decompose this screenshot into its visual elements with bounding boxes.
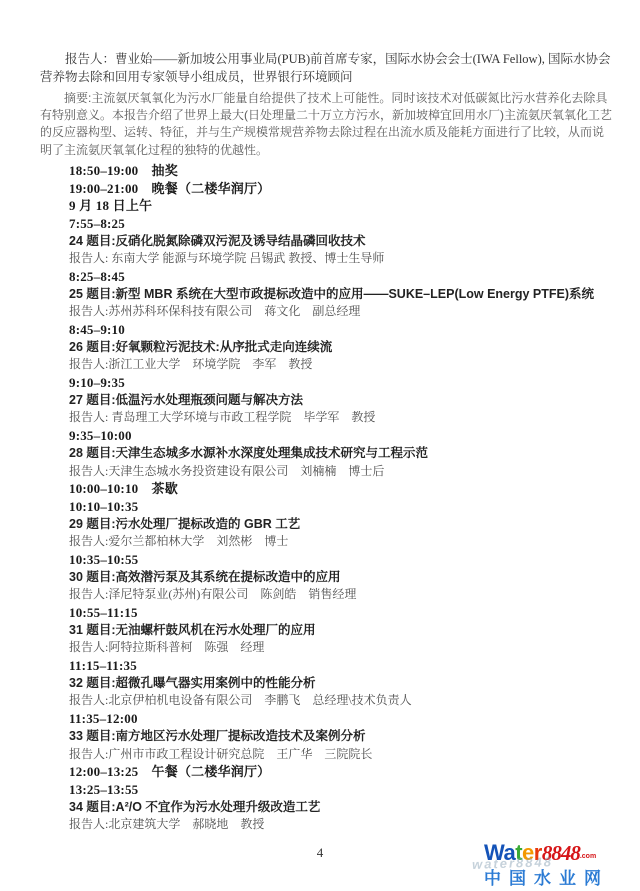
schedule-line-speaker: 报告人:北京建筑大学 郝晓地 教授: [69, 816, 612, 834]
schedule-line-time: 10:10–10:35: [69, 498, 612, 516]
schedule-line-speaker: 报告人:浙江工业大学 环境学院 李军 教授: [69, 356, 612, 374]
schedule-line-time: 10:35–10:55: [69, 551, 612, 569]
schedule-line-title: 26 题目:好氧颗粒污泥技术:从序批式走向连续流: [69, 339, 612, 357]
schedule-line-title: 24 题目:反硝化脱氮除磷双污泥及诱导结晶磷回收技术: [69, 233, 612, 251]
schedule-line-time: 19:00–21:00 晚餐（二楼华润厅）: [69, 180, 612, 198]
schedule-line-time: 7:55–8:25: [69, 215, 612, 233]
logo-letter: a: [503, 840, 515, 865]
schedule-line-time: 10:55–11:15: [69, 604, 612, 622]
schedule-line-time: 8:45–9:10: [69, 321, 612, 339]
page-content: 报告人：曹业始——新加坡公用事业局(PUB)前首席专家，国际水协会会士(IWA …: [40, 50, 612, 834]
logo-letter: W: [484, 840, 503, 865]
schedule-line-title: 30 题目:高效潜污泵及其系统在提标改造中的应用: [69, 569, 612, 587]
schedule-line-speaker: 报告人:阿特拉斯科普柯 陈强 经理: [69, 639, 612, 657]
schedule-line-time: 10:00–10:10 茶歇: [69, 480, 612, 498]
schedule-line-time: 11:15–11:35: [69, 657, 612, 675]
schedule-line-title: 33 题目:南方地区污水处理厂提标改造技术及案例分析: [69, 728, 612, 746]
schedule-line-speaker: 报告人:爱尔兰都柏林大学 刘然彬 博士: [69, 533, 612, 551]
schedule-line-speaker: 报告人:苏州苏科环保科技有限公司 蒋文化 副总经理: [69, 303, 612, 321]
schedule-line-time: 18:50–19:00 抽奖: [69, 162, 612, 180]
schedule-line-title: 32 题目:超微孔曝气器实用案例中的性能分析: [69, 675, 612, 693]
water8848-logo: Water8848.com 中国水业网 water8848: [484, 842, 636, 888]
schedule-line-speaker: 报告人: 青岛理工大学环境与市政工程学院 毕学军 教授: [69, 409, 612, 427]
keynote-speaker-paragraph: 报告人：曹业始——新加坡公用事业局(PUB)前首席专家，国际水协会会士(IWA …: [40, 50, 612, 86]
logo-water-word: Water: [484, 840, 542, 865]
logo-letter: e: [522, 840, 534, 865]
schedule-line-title: 34 题目:A²/O 不宜作为污水处理升级改造工艺: [69, 799, 612, 817]
schedule-line-speaker: 报告人:广州市市政工程设计研究总院 王广华 三院院长: [69, 746, 612, 764]
schedule-line-time: 12:00–13:25 午餐（二楼华润厅）: [69, 763, 612, 781]
schedule-line-time: 9:10–9:35: [69, 374, 612, 392]
document-page: 报告人：曹业始——新加坡公用事业局(PUB)前首席专家，国际水协会会士(IWA …: [0, 0, 640, 891]
abstract-paragraph: 摘要:主流氨厌氧氧化为污水厂能量自给提供了技术上可能性。同时该技术对低碳氮比污水…: [40, 90, 612, 159]
schedule-line-speaker: 报告人:北京伊柏机电设备有限公司 李鹏飞 总经理\技术负责人: [69, 692, 612, 710]
schedule-line-time: 8:25–8:45: [69, 268, 612, 286]
schedule-list: 18:50–19:00 抽奖19:00–21:00 晚餐（二楼华润厅）9 月 1…: [40, 162, 612, 834]
logo-letter: t: [515, 840, 522, 865]
schedule-line-title: 28 题目:天津生态城多水源补水深度处理集成技术研究与工程示范: [69, 445, 612, 463]
logo-dotcom: .com: [580, 853, 596, 860]
schedule-line-time: 13:25–13:55: [69, 781, 612, 799]
logo-line1: Water8848.com: [484, 842, 636, 868]
schedule-line-time: 9:35–10:00: [69, 427, 612, 445]
logo-number: 8848: [542, 841, 580, 865]
schedule-line-time: 9 月 18 日上午: [69, 197, 612, 215]
logo-letter: r: [534, 840, 542, 865]
schedule-line-title: 27 题目:低温污水处理瓶颈问题与解决方法: [69, 392, 612, 410]
schedule-line-speaker: 报告人:泽尼特泵业(苏州)有限公司 陈剑皓 销售经理: [69, 586, 612, 604]
schedule-line-speaker: 报告人:天津生态城水务投资建设有限公司 刘楠楠 博士后: [69, 463, 612, 481]
schedule-line-speaker: 报告人: 东南大学 能源与环境学院 吕锡武 教授、博士生导师: [69, 250, 612, 268]
logo-cn-text: 中国水业网: [484, 869, 636, 888]
schedule-line-title: 25 题目:新型 MBR 系统在大型市政提标改造中的应用——SUKE–LEP(L…: [69, 286, 612, 304]
schedule-line-title: 29 题目:污水处理厂提标改造的 GBR 工艺: [69, 516, 612, 534]
schedule-line-time: 11:35–12:00: [69, 710, 612, 728]
schedule-line-title: 31 题目:无油螺杆鼓风机在污水处理厂的应用: [69, 622, 612, 640]
